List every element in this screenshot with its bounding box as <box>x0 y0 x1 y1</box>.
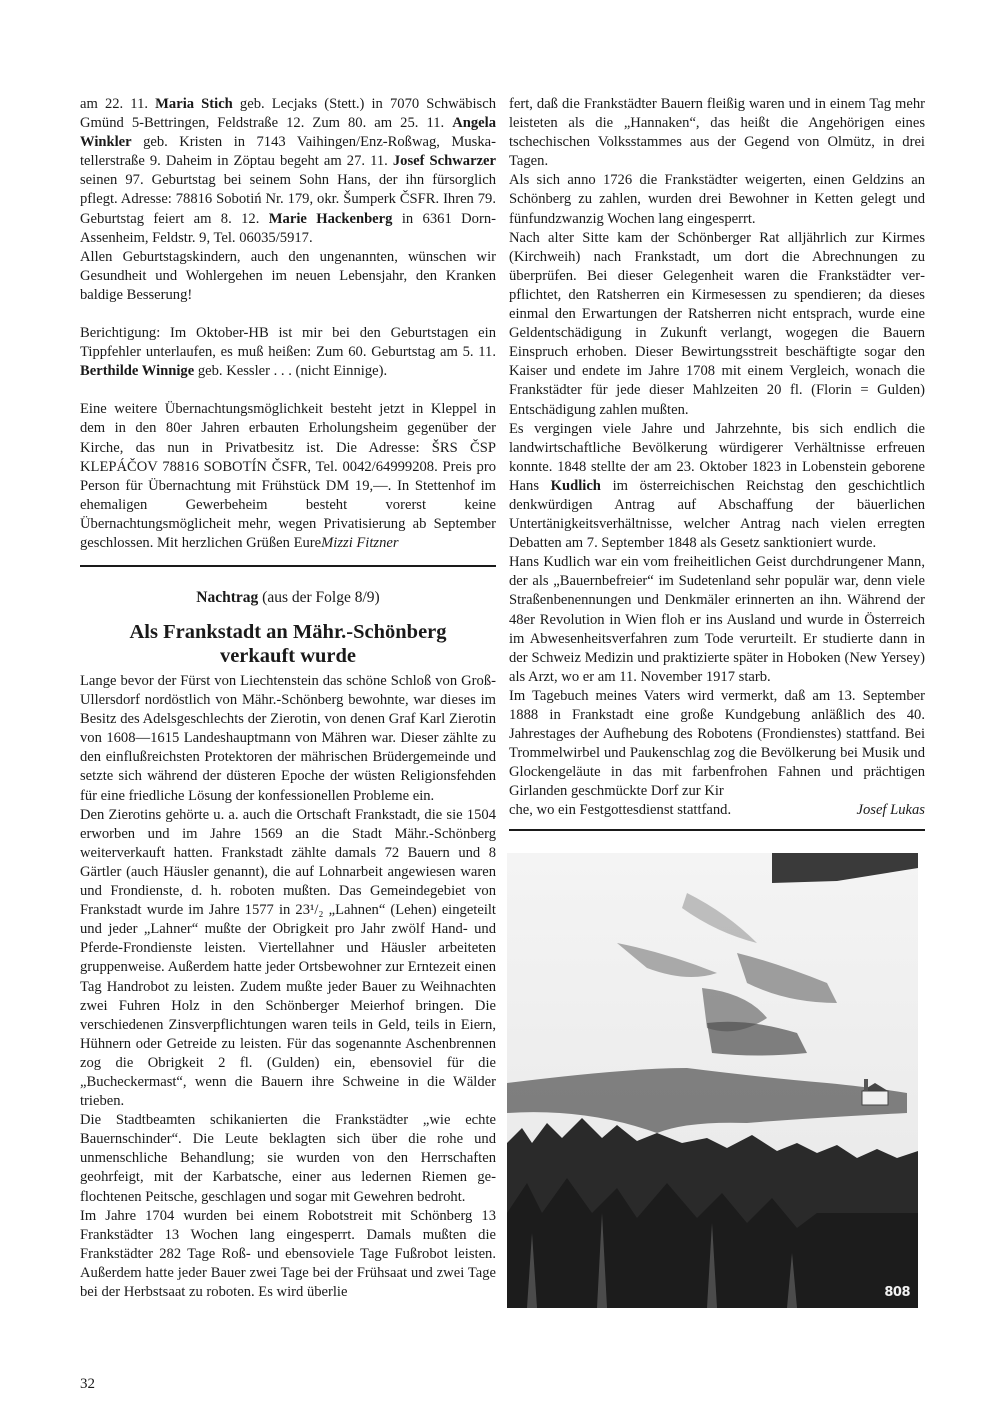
kicker-rest: (aus der Folge 8/9) <box>258 589 379 606</box>
bold-name: Maria Stich <box>155 96 233 112</box>
photo-number-label: 808 <box>884 1285 910 1300</box>
kicker-bold: Nachtrag <box>196 589 258 606</box>
article-paragraph: Den Zierotins gehörte u. a. auch die Ort… <box>80 806 496 1112</box>
article-headline: Als Frankstadt an Mähr.-Schönberg verkau… <box>80 620 496 668</box>
photo-image <box>507 853 918 1308</box>
article-paragraph: Im Tagebuch meines Vaters wird vermerkt,… <box>509 687 925 802</box>
page-number: 32 <box>80 1376 95 1393</box>
kudlich-paragraph: Es vergingen viele Jahre und Jahrzehnte,… <box>509 420 925 554</box>
article-paragraph: Nach alter Sitte kam der Schönberger Rat… <box>509 229 925 420</box>
greeting-paragraph: Allen Geburtstagskindern, auch den ungen… <box>80 248 496 305</box>
article-paragraph: Lange bevor der Fürst von Liechtenstein … <box>80 672 496 806</box>
text-run: am 22. 11. <box>80 96 155 112</box>
article-paragraph: fert, daß die Frankstädter Bauern fleißi… <box>509 95 925 171</box>
article-paragraph: Hans Kudlich war ein vom freiheitlichen … <box>509 553 925 687</box>
birthday-paragraph: am 22. 11. Maria Stich geb. Lecjaks (Ste… <box>80 95 496 248</box>
author-signature: Josef Lukas <box>856 801 925 820</box>
article-paragraph: Im Jahre 1704 wurden bei einem Robotstre… <box>80 1207 496 1302</box>
article-paragraph: Die Stadtbeamten schikanierten die Frank… <box>80 1111 496 1206</box>
text-run: geb. Kessler . . . (nicht Einnige). <box>194 363 387 379</box>
bold-name: Marie Hackenberg <box>269 211 393 227</box>
headline-line-2: verkauft wurde <box>80 644 496 668</box>
article-kicker: Nachtrag (aus der Folge 8/9) <box>80 588 496 608</box>
right-column-article: fert, daß die Frankstädter Bauern fleißi… <box>509 95 925 821</box>
accommodation-paragraph: Eine weitere Übernachtungsmöglichkeit be… <box>80 400 496 553</box>
accommodation-text: Eine weitere Übernachtungsmöglichkeit be… <box>80 401 496 551</box>
closing-line: che, wo ein Festgottesdienst stattfand. … <box>509 801 925 820</box>
correction-paragraph: Berichtigung: Im Oktober-HB ist mir bei … <box>80 324 496 381</box>
bold-name: Kudlich <box>551 478 601 494</box>
article-paragraph: Als sich anno 1726 die Frankstädter weig… <box>509 171 925 228</box>
section-divider <box>80 565 496 567</box>
signature-mizzi-fitzner: Mizzi Fitzner <box>321 535 398 551</box>
bold-name: Josef Schwarzer <box>393 153 496 169</box>
village-winter-photo: 808 <box>507 853 918 1308</box>
bold-name: Berthilde Winnige <box>80 363 194 379</box>
text-run: Berichtigung: Im Oktober-HB ist mir bei … <box>80 325 496 360</box>
section-divider <box>509 829 925 831</box>
left-column-notices: am 22. 11. Maria Stich geb. Lecjaks (Ste… <box>80 95 496 553</box>
headline-line-1: Als Frankstadt an Mähr.-Schönberg <box>80 620 496 644</box>
left-column-article: Lange bevor der Fürst von Liechtenstein … <box>80 672 496 1302</box>
closing-text: che, wo ein Festgottesdienst stattfand. <box>509 801 731 820</box>
